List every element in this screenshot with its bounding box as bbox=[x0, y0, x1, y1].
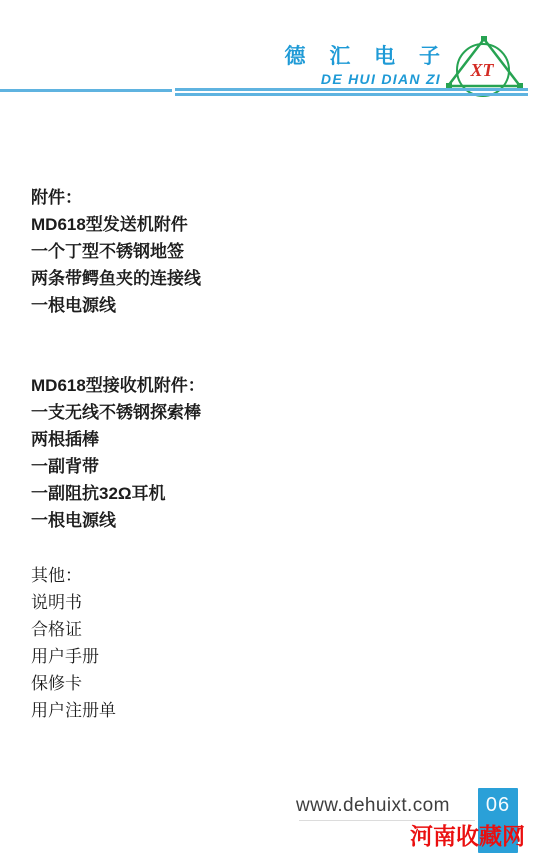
brand-name-chinese: 德 汇 电 子 bbox=[284, 40, 449, 70]
list-item: 说明书 bbox=[31, 589, 205, 616]
section-title: MD618型接收机附件： bbox=[31, 372, 205, 399]
list-item: 两条带鳄鱼夹的连接线 bbox=[31, 265, 205, 292]
list-item: 一个丁型不锈钢地签 bbox=[31, 238, 205, 265]
list-item: 一根电源线 bbox=[31, 507, 205, 534]
list-item: 合格证 bbox=[31, 616, 205, 643]
list-item: MD618型发送机附件 bbox=[31, 211, 205, 238]
section-title: 其他： bbox=[31, 562, 205, 589]
watermark-text: 河南收藏网 bbox=[410, 818, 525, 851]
page-number: 06 bbox=[478, 794, 518, 817]
list-item: 一根电源线 bbox=[31, 292, 205, 319]
list-item: 用户手册 bbox=[31, 643, 205, 670]
list-item: 两根插棒 bbox=[31, 426, 205, 453]
list-item: 一副阻抗32Ω耳机 bbox=[31, 480, 205, 507]
list-item: 一副背带 bbox=[31, 453, 205, 480]
website-text: www.dehuixt.com bbox=[296, 795, 450, 817]
section-receiver-accessories: MD618型接收机附件： 一支无线不锈钢探索棒 两根插棒 一副背带 一副阻抗32… bbox=[31, 372, 205, 534]
list-item: 一支无线不锈钢探索棒 bbox=[31, 399, 205, 426]
section-transmitter-accessories: 附件： MD618型发送机附件 一个丁型不锈钢地签 两条带鳄鱼夹的连接线 一根电… bbox=[31, 184, 205, 319]
list-item: 保修卡 bbox=[31, 670, 205, 697]
brand-name-english: DE HUI DIAN ZI bbox=[284, 71, 441, 87]
content-area: 附件： MD618型发送机附件 一个丁型不锈钢地签 两条带鳄鱼夹的连接线 一根电… bbox=[31, 184, 205, 724]
brand: 德 汇 电 子 DE HUI DIAN ZI bbox=[284, 40, 440, 87]
header-rule-left bbox=[0, 89, 172, 92]
rule-bar bbox=[175, 93, 528, 96]
header-rule-right bbox=[175, 88, 528, 96]
manual-page: 德 汇 电 子 DE HUI DIAN ZI XT 附件： MD618型发送机附… bbox=[0, 0, 538, 855]
section-others: 其他： 说明书 合格证 用户手册 保修卡 用户注册单 bbox=[31, 562, 205, 724]
list-item: 用户注册单 bbox=[31, 697, 205, 724]
section-title: 附件： bbox=[31, 184, 205, 211]
rule-bar bbox=[175, 88, 528, 91]
logo-xt-text: XT bbox=[460, 60, 504, 81]
